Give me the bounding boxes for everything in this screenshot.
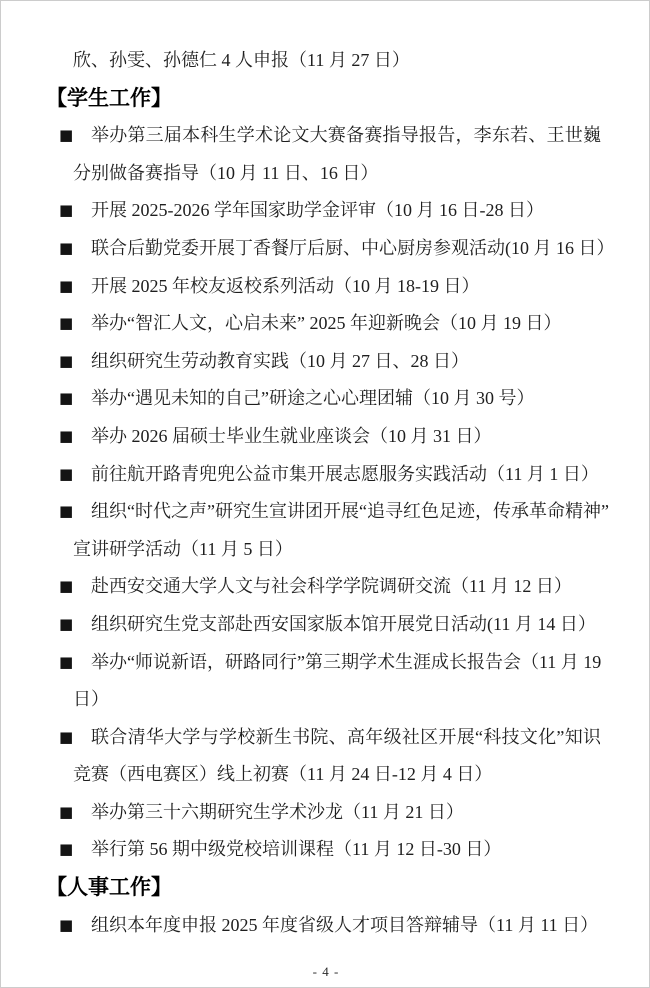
- list-item: ■举行第 56 期中级党校培训课程（11 月 12 日-30 日）: [1, 831, 649, 869]
- bullet-square-icon: ■: [59, 719, 73, 757]
- item-line: 开展 2025 年校友返校系列活动（10 月 18-19 日）: [91, 268, 601, 306]
- item-line: 开展 2025-2026 学年国家助学金评审（10 月 16 日-28 日）: [91, 192, 601, 230]
- item-line: 分别做备赛指导（10 月 11 日、16 日）: [73, 155, 601, 193]
- list-item: ■开展 2025 年校友返校系列活动（10 月 18-19 日）: [1, 268, 649, 306]
- bullet-square-icon: ■: [59, 493, 73, 531]
- bullet-square-icon: ■: [59, 794, 73, 832]
- document-page: 欣、孙雯、孙德仁 4 人申报（11 月 27 日） 【学生工作】■举办第三届本科…: [0, 0, 650, 988]
- list-item: ■举办“师说新语，研路同行”第三期学术生涯成长报告会（11 月 19日）: [1, 644, 649, 719]
- list-item: ■举办第三届本科生学术论文大赛备赛指导报告，李东若、王世巍分别做备赛指导（10 …: [1, 117, 649, 192]
- item-line: 组织研究生党支部赴西安国家版本馆开展党日活动(11 月 14 日）: [91, 606, 601, 644]
- list-item: ■组织“时代之声”研究生宣讲团开展“追寻红色足迹，传承革命精神”宣讲研学活动（1…: [1, 493, 649, 568]
- bullet-square-icon: ■: [59, 117, 73, 155]
- item-line: 前往航开路青兜兜公益市集开展志愿服务实践活动（11 月 1 日）: [91, 456, 601, 494]
- item-line: 举行第 56 期中级党校培训课程（11 月 12 日-30 日）: [91, 831, 601, 869]
- list-item: ■组织研究生劳动教育实践（10 月 27 日、28 日）: [1, 343, 649, 381]
- page-number: - 4 -: [1, 964, 650, 980]
- item-line: 赴西安交通大学人文与社会科学学院调研交流（11 月 12 日）: [91, 568, 601, 606]
- item-line: 举办第三届本科生学术论文大赛备赛指导报告，李东若、王世巍: [91, 117, 601, 155]
- section-title: 【学生工作】: [46, 80, 649, 118]
- list-item: ■赴西安交通大学人文与社会科学学院调研交流（11 月 12 日）: [1, 568, 649, 606]
- item-line: 组织“时代之声”研究生宣讲团开展“追寻红色足迹，传承革命精神”: [91, 493, 601, 531]
- list-item: ■举办“遇见未知的自己”研途之心心理团辅（10 月 30 号）: [1, 380, 649, 418]
- item-line: 举办 2026 届硕士毕业生就业座谈会（10 月 31 日）: [91, 418, 601, 456]
- bullet-square-icon: ■: [59, 644, 73, 682]
- bullet-square-icon: ■: [59, 907, 73, 945]
- continuation-line: 欣、孙雯、孙德仁 4 人申报（11 月 27 日）: [73, 42, 601, 80]
- bullet-square-icon: ■: [59, 831, 73, 869]
- list-item: ■组织本年度申报 2025 年度省级人才项目答辩辅导（11 月 11 日）: [1, 907, 649, 945]
- section-title: 【人事工作】: [46, 869, 649, 907]
- item-line: 日）: [73, 681, 601, 719]
- bullet-square-icon: ■: [59, 343, 73, 381]
- list-item: ■举办第三十六期研究生学术沙龙（11 月 21 日）: [1, 794, 649, 832]
- list-item: ■举办“智汇人文，心启未来” 2025 年迎新晚会（10 月 19 日）: [1, 305, 649, 343]
- list-item: ■举办 2026 届硕士毕业生就业座谈会（10 月 31 日）: [1, 418, 649, 456]
- list-item: ■组织研究生党支部赴西安国家版本馆开展党日活动(11 月 14 日）: [1, 606, 649, 644]
- list-item: ■联合后勤党委开展丁香餐厅后厨、中心厨房参观活动(10 月 16 日）: [1, 230, 649, 268]
- sections-container: 【学生工作】■举办第三届本科生学术论文大赛备赛指导报告，李东若、王世巍分别做备赛…: [1, 80, 649, 945]
- bullet-square-icon: ■: [59, 456, 73, 494]
- item-line: 联合后勤党委开展丁香餐厅后厨、中心厨房参观活动(10 月 16 日）: [91, 230, 601, 268]
- list-item: ■开展 2025-2026 学年国家助学金评审（10 月 16 日-28 日）: [1, 192, 649, 230]
- item-line: 举办“师说新语，研路同行”第三期学术生涯成长报告会（11 月 19: [91, 644, 601, 682]
- item-line: 竞赛（西电赛区）线上初赛（11 月 24 日-12 月 4 日）: [73, 756, 601, 794]
- item-line: 举办第三十六期研究生学术沙龙（11 月 21 日）: [91, 794, 601, 832]
- item-line: 举办“智汇人文，心启未来” 2025 年迎新晚会（10 月 19 日）: [91, 305, 601, 343]
- item-line: 组织本年度申报 2025 年度省级人才项目答辩辅导（11 月 11 日）: [91, 907, 601, 945]
- bullet-square-icon: ■: [59, 305, 73, 343]
- page-content: 欣、孙雯、孙德仁 4 人申报（11 月 27 日） 【学生工作】■举办第三届本科…: [1, 1, 649, 944]
- bullet-square-icon: ■: [59, 380, 73, 418]
- bullet-square-icon: ■: [59, 268, 73, 306]
- item-line: 宣讲研学活动（11 月 5 日）: [73, 531, 601, 569]
- list-item: ■联合清华大学与学校新生书院、高年级社区开展“科技文化”知识竞赛（西电赛区）线上…: [1, 719, 649, 794]
- bullet-square-icon: ■: [59, 192, 73, 230]
- list-item: ■前往航开路青兜兜公益市集开展志愿服务实践活动（11 月 1 日）: [1, 456, 649, 494]
- bullet-square-icon: ■: [59, 568, 73, 606]
- bullet-square-icon: ■: [59, 230, 73, 268]
- item-line: 联合清华大学与学校新生书院、高年级社区开展“科技文化”知识: [91, 719, 601, 757]
- item-line: 组织研究生劳动教育实践（10 月 27 日、28 日）: [91, 343, 601, 381]
- bullet-square-icon: ■: [59, 418, 73, 456]
- item-line: 举办“遇见未知的自己”研途之心心理团辅（10 月 30 号）: [91, 380, 601, 418]
- bullet-square-icon: ■: [59, 606, 73, 644]
